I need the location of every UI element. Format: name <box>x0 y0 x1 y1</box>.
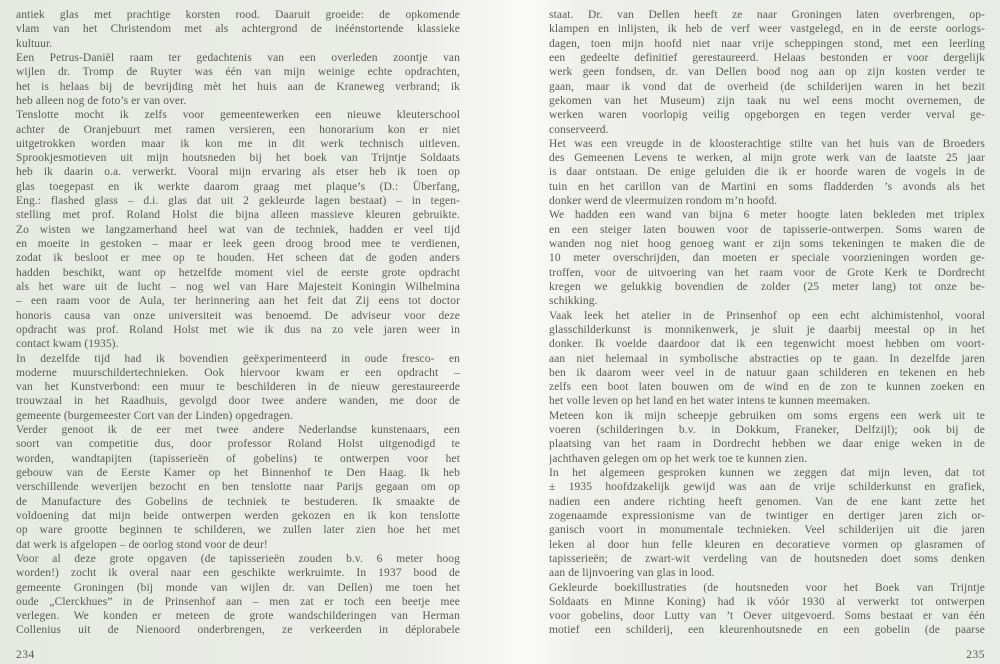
text-line: contact kwam (1935). <box>16 337 460 351</box>
text-line: Zo wisten we langzamerhand heel wat van … <box>16 223 460 237</box>
text-line: zelfs een boot laten bouwen om de wind e… <box>549 380 985 394</box>
page-number-left: 234 <box>16 649 460 661</box>
text-line: gemeente (burgemeester Cort van der Lind… <box>16 409 460 423</box>
text-line: Eng.: flashed glass – d.i. glas dat uit … <box>16 194 460 208</box>
text-line: staat. Dr. van Dellen heeft ze naar Gron… <box>549 8 985 22</box>
text-line: en moeite in gestoken – maar er leek gee… <box>16 237 460 251</box>
text-line: achter de Oranjebuurt met ramen versiere… <box>16 123 460 137</box>
text-line: vlam van het Christendom met als achterg… <box>16 22 460 36</box>
text-line: donker werd de vleermuizen rondom m’n ho… <box>549 194 985 208</box>
text-line: Voor al deze grote opgaven (de tapisseri… <box>16 552 460 566</box>
text-line: 10 meter overschrijden, dan moeten er sp… <box>549 251 985 265</box>
text-line: zogenaamde expressionisme van de twintig… <box>549 509 985 523</box>
text-line: voor gobelins, door Lutty van ’t Oever u… <box>549 609 985 623</box>
text-line: Vaak leek het atelier in de Prinsenhof o… <box>549 309 985 323</box>
text-line: conserveerd. <box>549 123 985 137</box>
text-line: des Gemeenen Levens te werken, al mijn g… <box>549 151 985 165</box>
page-right: staat. Dr. van Dellen heeft ze naar Gron… <box>549 8 985 661</box>
text-line: zodat ik besloot er mee op te houden. He… <box>16 251 460 265</box>
text-line: Sprookjesmotieven uit mijn houtsneden bi… <box>16 151 460 165</box>
text-line: Collenius uit de Nienoord onderbrengen, … <box>16 623 460 637</box>
text-line: Gekleurde boekillustraties (de houtsnede… <box>549 581 985 595</box>
text-line: en een steiger laten bouwen voor de tapi… <box>549 223 985 237</box>
text-line: klampen en inlijsten, ik heb de verf wee… <box>549 22 985 36</box>
text-line: troffen, voor de uitvoering van het raam… <box>549 266 985 280</box>
text-line: op ware grootte beginnen te schilderen, … <box>16 523 460 537</box>
text-line: wijlen dr. Tromp de Ruyter was één van m… <box>16 65 460 79</box>
text-line: dagen, toen mijn hoofd niet naar vrije s… <box>549 37 985 51</box>
text-line: glasschilderkunst is monnikenwerk, je sl… <box>549 323 985 337</box>
text-line: leken al door hun felle kleuren en decor… <box>549 538 985 552</box>
text-line: gekomen van het Museum) zijn taak nu wel… <box>549 94 985 108</box>
text-line: van het Kunstverbond: een muur te beschi… <box>16 380 460 394</box>
page-left: antiek glas met prachtige korsten rood. … <box>16 8 460 661</box>
text-line: donker. Ik voelde daardoor dat ik een te… <box>549 337 985 351</box>
text-line: soort van competitie dus, door professor… <box>16 437 460 451</box>
text-line: tuin en het carillon van de Martini en s… <box>549 180 985 194</box>
text-line: nadien een andere richting heeft genomen… <box>549 495 985 509</box>
text-line: wanden nog niet hoog genoeg want er zijn… <box>549 237 985 251</box>
text-line: opdracht was prof. Roland Holst met wie … <box>16 323 460 337</box>
text-line: antiek glas met prachtige korsten rood. … <box>16 8 460 22</box>
text-line: uitgetrokken worden maar ik kon me in di… <box>16 137 460 151</box>
text-line: als het ware uit de lucht – nog wel van … <box>16 280 460 294</box>
text-line: verschillende weverijen bezocht en ben t… <box>16 480 460 494</box>
text-line: gebouw van de Eerste Kamer op het Binnen… <box>16 466 460 480</box>
text-line: jachthaven gelegen om op het werk toe te… <box>549 452 985 466</box>
text-line: verlegen. We konden er meteen de grote w… <box>16 609 460 623</box>
text-line: voldoening dat mijn beide ontwerpen werd… <box>16 509 460 523</box>
text-line: hadden beschikt, want op hetzelfde momen… <box>16 266 460 280</box>
text-line: werken waren voorlopig veilig opgeborgen… <box>549 108 985 122</box>
text-line: ben ik daarom weer veel in de natuur gaa… <box>549 366 985 380</box>
text-line: dat werk is afgelopen – de oorlog stond … <box>16 538 460 552</box>
text-line: Meteen kon ik mijn scheepje gebruiken om… <box>549 409 985 423</box>
text-line: aan niet helemaal in symbolische abstrac… <box>549 352 985 366</box>
text-line: voeren (schilderingen b.v. in Dokkum, Fr… <box>549 423 985 437</box>
text-line: motief een schilderij, een kleurenhoutsn… <box>549 623 985 637</box>
text-line: aan de lijnvoering van glas in lood. <box>549 566 985 580</box>
text-line: het is helaas bij de bevrijding mèt het … <box>16 80 460 94</box>
text-line: plaatsing van het raam in Dordrecht hebb… <box>549 437 985 451</box>
text-line: Verder genoot ik de eer met twee andere … <box>16 423 460 437</box>
text-line: Het was een vreugde in de kloosterachtig… <box>549 137 985 151</box>
text-line: Tenslotte mocht ik zelfs voor gemeentewe… <box>16 108 460 122</box>
text-line: Een Petrus-Daniël raam ter gedachtenis v… <box>16 51 460 65</box>
text-line: trouwzaal in het Raadhuis, gevolgd door … <box>16 394 460 408</box>
text-line: We hadden een wand van bijna 6 meter hoo… <box>549 208 985 222</box>
text-line: Soldaats en Minne Koning) had ik vóór 19… <box>549 595 985 609</box>
text-line: In dezelfde tijd had ik bovendien geëxpe… <box>16 352 460 366</box>
text-line: In het algemeen gesproken kunnen we zegg… <box>549 466 985 480</box>
text-line: werk geen fondsen, dr. van Dellen bood n… <box>549 65 985 79</box>
text-line: tapisserieën; de zwart-wit verdeling van… <box>549 552 985 566</box>
text-line: worden, wandtapijten (tapisserieën of go… <box>16 452 460 466</box>
text-line: worden!) zocht ik overal naar een geschi… <box>16 566 460 580</box>
text-line: de Manufacture des Gobelins de techniek … <box>16 495 460 509</box>
text-line: ganisch voort in monumentale technieken.… <box>549 523 985 537</box>
text-line: – een raam voor de Aula, ter herinnering… <box>16 294 460 308</box>
text-line: schikking. <box>549 294 985 308</box>
text-line: het volle leven op het land en het water… <box>549 394 985 408</box>
text-line: stelling met prof. Roland Holst die bijn… <box>16 208 460 222</box>
text-line: is daar ontstaan. De enige geluiden die … <box>549 165 985 179</box>
text-line: een gedeelte definitief gerestaureerd. H… <box>549 51 985 65</box>
text-line: gaan, maar ik vond dat de overheid (de s… <box>549 80 985 94</box>
book-spread-scan: { "left_page": { "page_number": "234", "… <box>0 0 1000 664</box>
text-line: heb ik daarin o.a. verwerkt. Vooral mijn… <box>16 165 460 179</box>
page-right-text: staat. Dr. van Dellen heeft ze naar Gron… <box>549 8 985 638</box>
text-line: heb alleen nog de foto’s er van over. <box>16 94 460 108</box>
text-line: ± 1935 hoofdzakelijk gewijd was aan de v… <box>549 480 985 494</box>
text-line: oude „Clerckhues” in de Prinsenhof aan –… <box>16 595 460 609</box>
text-line: glas toegepast en ik werkte daarom graag… <box>16 180 460 194</box>
page-number-right: 235 <box>549 649 985 661</box>
text-line: gemeente Groningen (bij monde van wijlen… <box>16 581 460 595</box>
text-line: moderne muurschildertechnieken. Ook hier… <box>16 366 460 380</box>
page-left-text: antiek glas met prachtige korsten rood. … <box>16 8 460 638</box>
text-line: kultuur. <box>16 37 460 51</box>
text-line: kregen we gelukkig bovendien de zolder (… <box>549 280 985 294</box>
text-line: honoris causa van onze universiteit was … <box>16 309 460 323</box>
